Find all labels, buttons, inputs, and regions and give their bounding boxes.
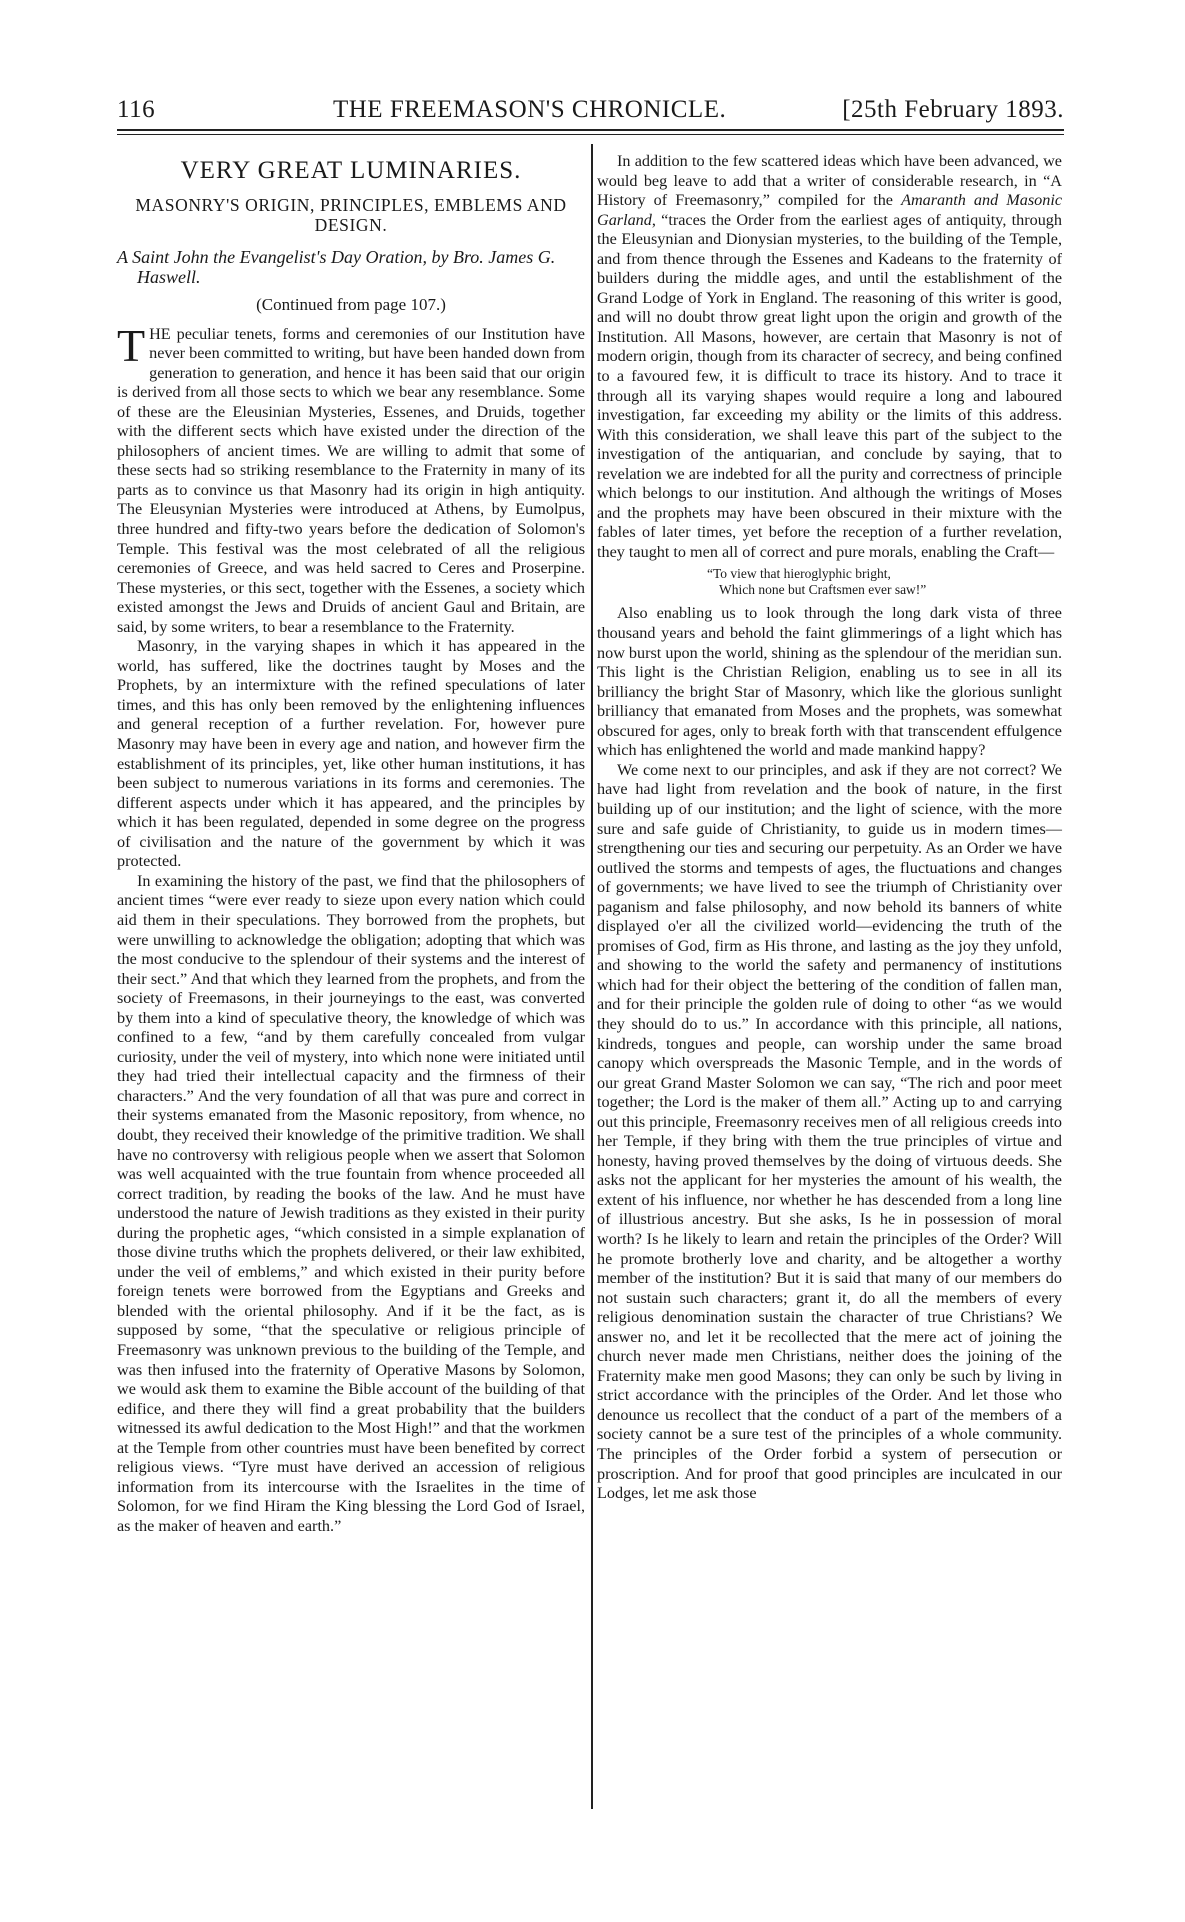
verse-quote: “To view that hieroglyphic bright, Which… bbox=[597, 566, 1062, 598]
continued-note: (Continued from page 107.) bbox=[117, 295, 585, 315]
paragraph: THE peculiar tenets, forms and ceremonie… bbox=[117, 325, 585, 638]
right-column: In addition to the few scattered ideas w… bbox=[597, 145, 1062, 1504]
header-rule-thin bbox=[117, 134, 1064, 135]
header-rule-thick bbox=[117, 129, 1064, 131]
paragraph: Masonry, in the varying shapes in which … bbox=[117, 637, 585, 872]
verse-line: “To view that hieroglyphic bright, bbox=[597, 566, 1062, 582]
article-subhead: MASONRY'S ORIGIN, PRINCIPLES, EMBLEMS AN… bbox=[117, 195, 585, 235]
paragraph: In examining the history of the past, we… bbox=[117, 872, 585, 1537]
paragraph: In addition to the few scattered ideas w… bbox=[597, 152, 1062, 562]
verse-line: Which none but Craftsmen ever saw!” bbox=[597, 582, 1062, 598]
left-column: VERY GREAT LUMINARIES. MASONRY'S ORIGIN,… bbox=[117, 145, 585, 1536]
column-divider bbox=[591, 144, 593, 1809]
paragraph: We come next to our principles, and ask … bbox=[597, 761, 1062, 1504]
page-number: 116 bbox=[117, 96, 177, 124]
article-byline: A Saint John the Evangelist's Day Oratio… bbox=[117, 247, 585, 287]
paragraph: Also enabling us to look through the lon… bbox=[597, 604, 1062, 760]
publication-title: THE FREEMASON'S CHRONICLE. bbox=[177, 96, 842, 124]
masthead: 116 THE FREEMASON'S CHRONICLE. [25th Feb… bbox=[117, 96, 1064, 124]
issue-date: [25th February 1893. bbox=[842, 96, 1064, 124]
drop-cap: T bbox=[117, 327, 145, 365]
article-headline: VERY GREAT LUMINARIES. bbox=[117, 157, 585, 185]
